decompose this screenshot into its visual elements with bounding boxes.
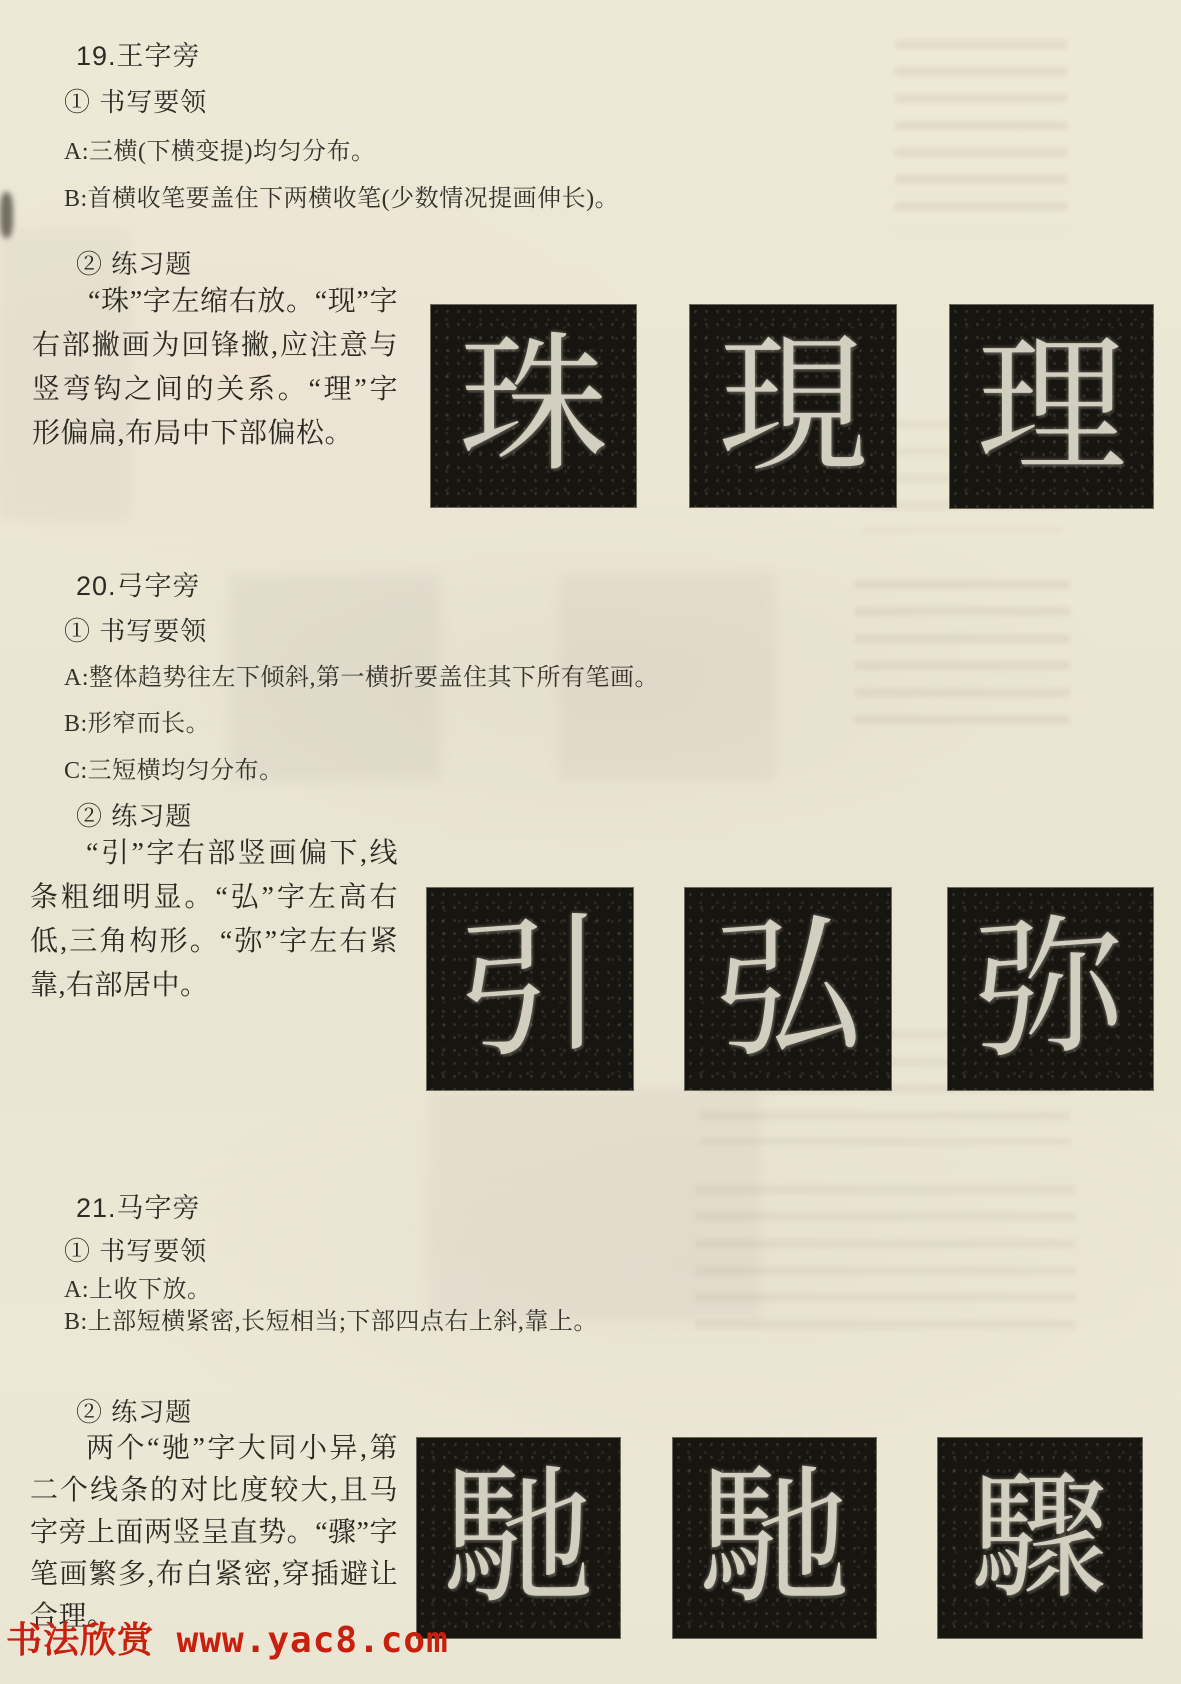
section-heading: 19.王字旁 <box>76 34 201 73</box>
calligraphy-character: 理 <box>976 332 1126 482</box>
practice-heading: ② 练习题 <box>76 244 192 281</box>
practice-paragraph: “珠”字左缩右放。“现”字右部撇画为回锋撇,应注意与竖弯钩之间的关系。“理”字形… <box>32 280 398 456</box>
calligraphy-plate: 弥 <box>948 888 1153 1090</box>
calligraphy-character: 引 <box>455 909 605 1070</box>
point-a: A:整体趋势往左下倾斜,第一横折要盖住其下所有笔画。 <box>64 657 659 692</box>
calligraphy-character: 珠 <box>458 331 608 481</box>
calligraphy-character: 弥 <box>976 909 1126 1070</box>
section-heading: 21.马字旁 <box>76 1186 201 1225</box>
calligraphy-plate: 珠 <box>431 305 636 507</box>
practice-heading: ② 练习题 <box>76 796 192 833</box>
point-a: A:上收下放。 <box>64 1269 212 1304</box>
point-b: B:形窄而长。 <box>64 703 210 738</box>
essentials-heading: ① 书写要领 <box>64 1231 207 1268</box>
practice-heading: ② 练习题 <box>76 1392 192 1429</box>
point-c: C:三短横均匀分布。 <box>64 750 284 785</box>
calligraphy-plate: 馳 <box>417 1438 620 1638</box>
bleed-through-artifact <box>895 40 1067 230</box>
essentials-heading: ① 书写要领 <box>64 611 207 648</box>
calligraphy-character: 弘 <box>713 909 863 1070</box>
book-page: 19.王字旁 ① 书写要领 A:三横(下横变提)均匀分布。 B:首横收笔要盖住下… <box>0 0 1181 1684</box>
bleed-through-artifact <box>855 580 1070 740</box>
calligraphy-character: 現 <box>718 331 868 481</box>
calligraphy-plate: 現 <box>690 305 896 507</box>
practice-paragraph: “引”字右部竖画偏下,线条粗细明显。“弘”字左高右低,三角构形。“弥”字左右紧靠… <box>30 832 398 1008</box>
calligraphy-character: 驟 <box>971 1469 1109 1607</box>
watermark: 书法欣赏 www.yac8.com <box>6 1612 449 1663</box>
section-heading: 20.弓字旁 <box>76 564 201 603</box>
calligraphy-plate: 驟 <box>938 1438 1142 1638</box>
practice-paragraph: 两个“驰”字大同小异,第二个线条的对比度较大,且马字旁上面两竖呈直势。“骤”字笔… <box>30 1428 398 1638</box>
calligraphy-plate: 馳 <box>673 1438 876 1638</box>
calligraphy-character: 馳 <box>443 1463 593 1613</box>
essentials-heading: ① 书写要领 <box>64 82 207 119</box>
point-a: A:三横(下横变提)均匀分布。 <box>64 131 375 166</box>
calligraphy-plate: 理 <box>950 305 1153 508</box>
calligraphy-plate: 弘 <box>685 888 891 1090</box>
calligraphy-character: 馳 <box>699 1463 849 1613</box>
calligraphy-plate: 引 <box>427 888 633 1090</box>
point-b: B:首横收笔要盖住下两横收笔(少数情况提画伸长)。 <box>64 178 619 213</box>
show-through-patch <box>430 1090 760 1320</box>
point-b: B:上部短横紧密,长短相当;下部四点右上斜,靠上。 <box>64 1301 598 1336</box>
